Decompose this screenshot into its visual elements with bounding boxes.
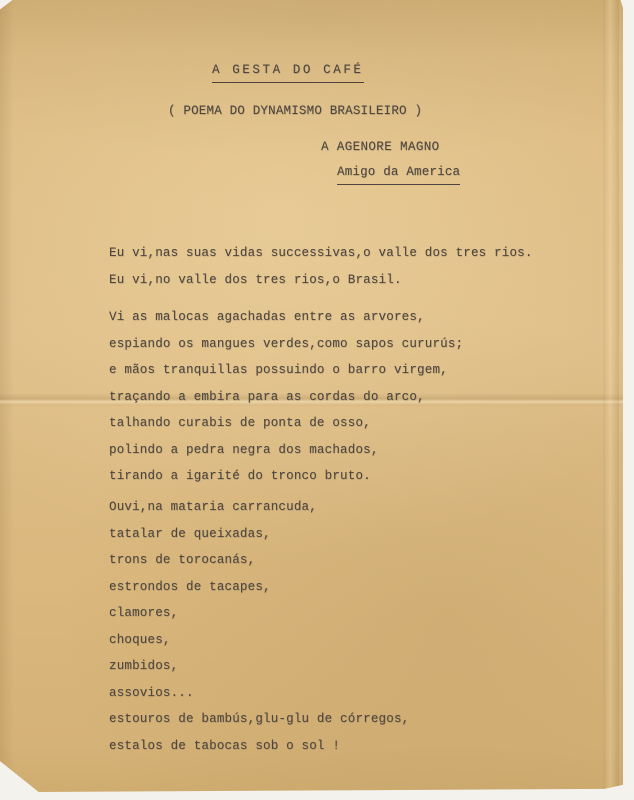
poem-line: Vi as malocas agachadas entre as arvores…	[109, 310, 425, 324]
poem-line: Ouvi,na mataria carrancuda,	[109, 500, 317, 514]
poem-line: talhando curabis de ponta de osso,	[109, 416, 371, 430]
poem-line: espiando os mangues verdes,como sapos cu…	[109, 337, 463, 351]
poem-title: A GESTA DO CAFÉ	[212, 62, 364, 83]
poem-line: Eu vi,nas suas vidas successivas,o valle…	[109, 246, 533, 260]
poem-line: assovios...	[109, 686, 194, 700]
poem-line: tatalar de queixadas,	[109, 527, 271, 541]
dedication-line-2: Amigo da America	[337, 164, 460, 185]
poem-subtitle: ( POEMA DO DYNAMISMO BRASILEIRO )	[168, 103, 422, 120]
poem-line: tirando a igarité do tronco bruto.	[109, 469, 371, 483]
poem-line: estrondos de tacapes,	[109, 580, 271, 594]
fold-crease-vertical	[603, 0, 619, 792]
poem-line: trons de torocanás,	[109, 553, 255, 567]
poem-line: Eu vi,no valle dos tres rios,o Brasil.	[109, 273, 402, 287]
poem-line: polindo a pedra negra dos machados,	[109, 443, 379, 457]
poem-line: zumbidos,	[109, 659, 178, 673]
poem-line: estouros de bambús,glu-glu de córregos,	[109, 712, 409, 726]
document-page: A GESTA DO CAFÉ ( POEMA DO DYNAMISMO BRA…	[0, 0, 623, 792]
scanned-page: A GESTA DO CAFÉ ( POEMA DO DYNAMISMO BRA…	[0, 0, 634, 800]
poem-line: traçando a embira para as cordas do arco…	[109, 390, 425, 404]
poem-line: estalos de tabocas sob o sol !	[109, 739, 340, 753]
dedication-line-1: A AGENORE MAGNO	[321, 139, 440, 156]
poem-line: e mãos tranquillas possuindo o barro vir…	[109, 363, 448, 377]
poem-line: clamores,	[109, 606, 178, 620]
poem-line: choques,	[109, 633, 171, 647]
